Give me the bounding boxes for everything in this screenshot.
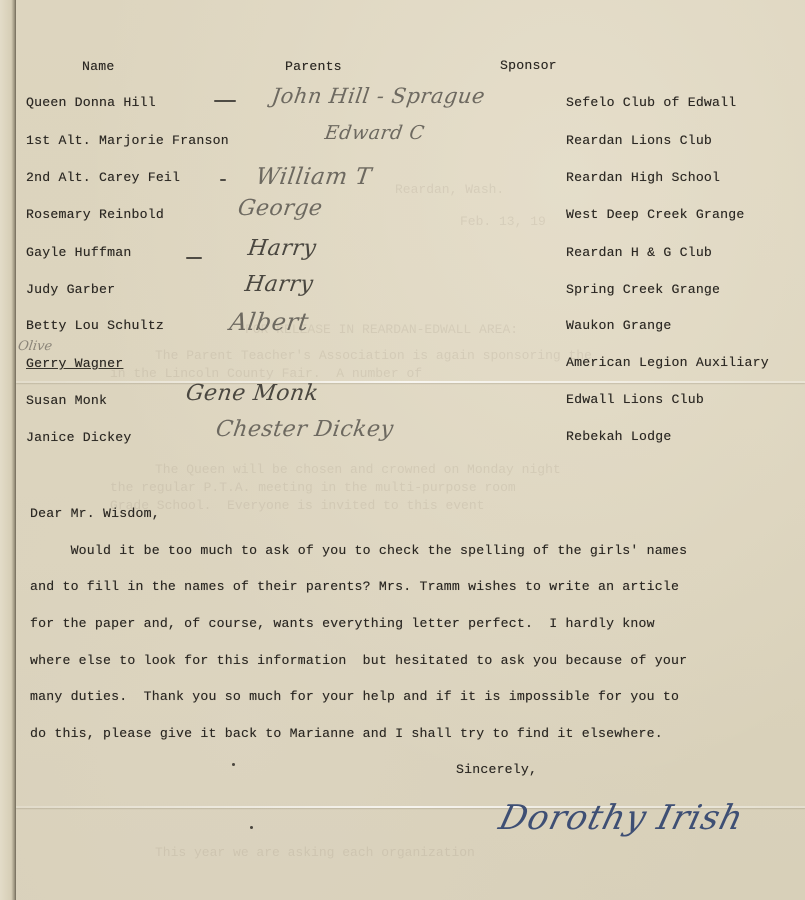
row-parents-handwritten: Edward C bbox=[323, 122, 426, 144]
header-parents: Parents bbox=[285, 59, 342, 74]
row-name: Betty Lou Schultz bbox=[26, 318, 164, 333]
ink-speck bbox=[232, 763, 235, 766]
margin-correction-note: Olive bbox=[17, 339, 53, 354]
row-parents-handwritten: Albert bbox=[228, 308, 311, 336]
show-through-text: the regular P.T.A. meeting in the multi-… bbox=[110, 480, 516, 495]
show-through-text: This year we are asking each organizatio… bbox=[155, 845, 475, 860]
row-parents-handwritten: George bbox=[236, 196, 324, 221]
row-name: Judy Garber bbox=[26, 282, 115, 297]
letter-page: Reardan, Wash. Feb. 13, 19 FOR RELEASE I… bbox=[0, 0, 805, 900]
dash-mark bbox=[214, 100, 236, 102]
row-name: Rosemary Reinbold bbox=[26, 207, 164, 222]
row-sponsor: West Deep Creek Grange bbox=[566, 207, 745, 222]
header-sponsor: Sponsor bbox=[500, 58, 557, 73]
header-name: Name bbox=[82, 59, 114, 74]
letter-salutation: Dear Mr. Wisdom, bbox=[30, 506, 160, 521]
letter-line: and to fill in the names of their parent… bbox=[30, 579, 679, 594]
row-sponsor: Reardan High School bbox=[566, 170, 720, 185]
row-sponsor: Waukon Grange bbox=[566, 318, 671, 333]
row-name: Janice Dickey bbox=[26, 430, 131, 445]
row-sponsor: Sefelo Club of Edwall bbox=[566, 95, 736, 110]
row-sponsor: Reardan H & G Club bbox=[566, 245, 712, 260]
dash-mark bbox=[220, 179, 226, 181]
dash-mark bbox=[186, 257, 202, 259]
show-through-text: The Queen will be chosen and crowned on … bbox=[155, 462, 561, 477]
row-name: Gayle Huffman bbox=[26, 245, 131, 260]
letter-line: many duties. Thank you so much for your … bbox=[30, 689, 679, 704]
ink-speck bbox=[250, 826, 253, 829]
show-through-text: The Parent Teacher's Association is agai… bbox=[155, 348, 592, 363]
row-name: Susan Monk bbox=[26, 393, 107, 408]
row-sponsor: Reardan Lions Club bbox=[566, 133, 712, 148]
show-through-text: Feb. 13, 19 bbox=[460, 214, 546, 229]
page-binding-edge bbox=[0, 0, 16, 900]
show-through-text: Grade School. Everyone is invited to thi… bbox=[110, 498, 484, 513]
row-sponsor: American Legion Auxiliary bbox=[566, 355, 769, 370]
letter-line: where else to look for this information … bbox=[30, 653, 687, 668]
row-parents-handwritten: John Hill - Sprague bbox=[270, 84, 486, 108]
letter-closing: Sincerely, bbox=[456, 762, 537, 777]
row-name: Queen Donna Hill bbox=[26, 95, 156, 110]
row-parents-handwritten: Harry bbox=[246, 236, 318, 261]
handwritten-signature: Dorothy Irish bbox=[495, 798, 748, 838]
show-through-text: Reardan, Wash. bbox=[395, 182, 504, 197]
row-name: 1st Alt. Marjorie Franson bbox=[26, 133, 229, 148]
show-through-text: in the Lincoln County Fair. A number of bbox=[110, 366, 422, 381]
row-parents-handwritten: Harry bbox=[243, 272, 315, 297]
row-name: 2nd Alt. Carey Feil bbox=[26, 170, 180, 185]
row-parents-handwritten: William T bbox=[254, 164, 373, 190]
row-sponsor: Spring Creek Grange bbox=[566, 282, 720, 297]
letter-line: do this, please give it back to Marianne… bbox=[30, 726, 663, 741]
row-parents-handwritten: Gene Monk bbox=[184, 381, 320, 406]
row-sponsor: Edwall Lions Club bbox=[566, 392, 704, 407]
row-parents-handwritten: Chester Dickey bbox=[214, 417, 395, 442]
row-name: Gerry Wagner bbox=[26, 356, 123, 371]
row-sponsor: Rebekah Lodge bbox=[566, 429, 671, 444]
letter-line: for the paper and, of course, wants ever… bbox=[30, 616, 655, 631]
letter-line: Would it be too much to ask of you to ch… bbox=[30, 543, 687, 558]
paper-fold-crease bbox=[16, 381, 805, 383]
